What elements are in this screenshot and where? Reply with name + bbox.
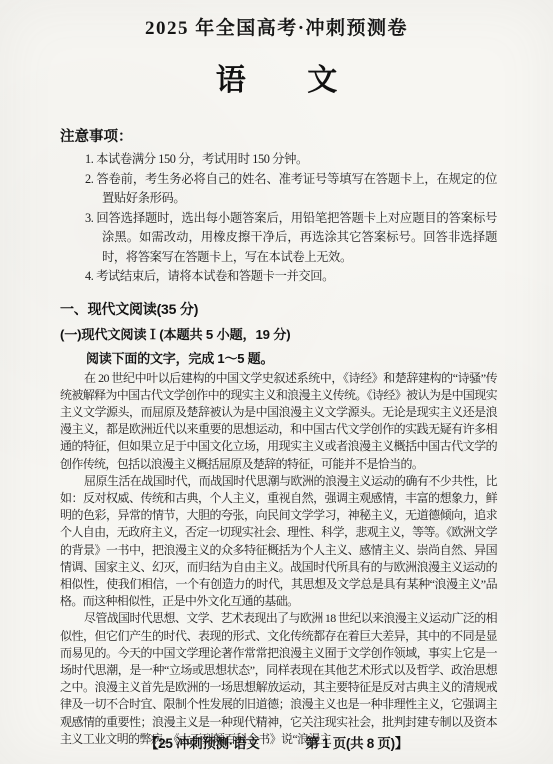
passage-paragraph-2: 屈原生活在战国时代，而战国时代思潮与欧洲的浪漫主义运动的确有不少共性，比如：反对… (60, 473, 497, 611)
notice-item-2: 2. 答卷前，考生务必将自己的姓名、准考证号等填写在答题卡上，在规定的位置贴好条… (85, 170, 497, 209)
subject-char-yu: 语 (216, 55, 246, 99)
notice-item-4-number: 4. (85, 269, 93, 283)
notice-heading: 注意事项： (60, 125, 497, 146)
reading-instruction: 阅读下面的文字，完成 1～5 题。 (60, 348, 497, 367)
notice-item-1-text: 本试卷满分 150 分，考试用时 150 分钟。 (96, 152, 308, 166)
page-content: 注意事项： 1. 本试卷满分 150 分，考试用时 150 分钟。 2. 答卷前… (0, 125, 553, 748)
subject-char-wen: 文 (307, 55, 337, 99)
footer-page-number: 第 1 页(共 8 页)】 (305, 732, 408, 752)
notice-item-4: 4. 考试结束后，请将本试卷和答题卡一并交回。 (85, 267, 497, 287)
section-subheading-reading-1: (一)现代文阅读Ⅰ(本题共 5 小题，19 分) (60, 324, 497, 343)
exam-title: 2025 年全国高考·冲刺预测卷 (0, 0, 553, 40)
notice-item-3: 3. 回答选择题时，选出每小题答案后，用铅笔把答题卡上对应题目的答案标号涂黑。如… (85, 209, 497, 268)
notice-item-4-text: 考试结束后，请将本试卷和答题卡一并交回。 (96, 269, 334, 283)
passage-paragraph-3: 尽管战国时代思想、文学、艺术表现出了与欧洲 18 世纪以来浪漫主义运动广泛的相似… (60, 610, 497, 748)
passage-paragraph-1: 在 20 世纪中叶以后建构的中国文学史叙述系统中，《诗经》和楚辞建构的“诗骚”传… (60, 370, 497, 473)
footer-exam-label: 【25 冲刺预测·语文 (145, 732, 259, 752)
notice-item-1-number: 1. (85, 152, 93, 166)
notice-item-3-text: 回答选择题时，选出每小题答案后，用铅笔把答题卡上对应题目的答案标号涂黑。如需改动… (96, 211, 497, 264)
section-heading-modern-reading: 一、现代文阅读(35 分) (60, 299, 497, 319)
notice-item-1: 1. 本试卷满分 150 分，考试用时 150 分钟。 (85, 150, 497, 170)
subject-title: 语 文 (0, 55, 553, 99)
notice-list: 1. 本试卷满分 150 分，考试用时 150 分钟。 2. 答卷前，考生务必将… (85, 150, 497, 287)
exam-paper-page: 2025 年全国高考·冲刺预测卷 语 文 注意事项： 1. 本试卷满分 150 … (0, 0, 553, 764)
reading-passage: 在 20 世纪中叶以后建构的中国文学史叙述系统中，《诗经》和楚辞建构的“诗骚”传… (60, 370, 497, 748)
notice-item-2-text: 答卷前，考生务必将自己的姓名、准考证号等填写在答题卡上，在规定的位置贴好条形码。 (96, 172, 497, 206)
page-footer: 【25 冲刺预测·语文 第 1 页(共 8 页)】 (0, 732, 553, 752)
notice-item-3-number: 3. (85, 211, 93, 225)
notice-item-2-number: 2. (85, 172, 93, 186)
